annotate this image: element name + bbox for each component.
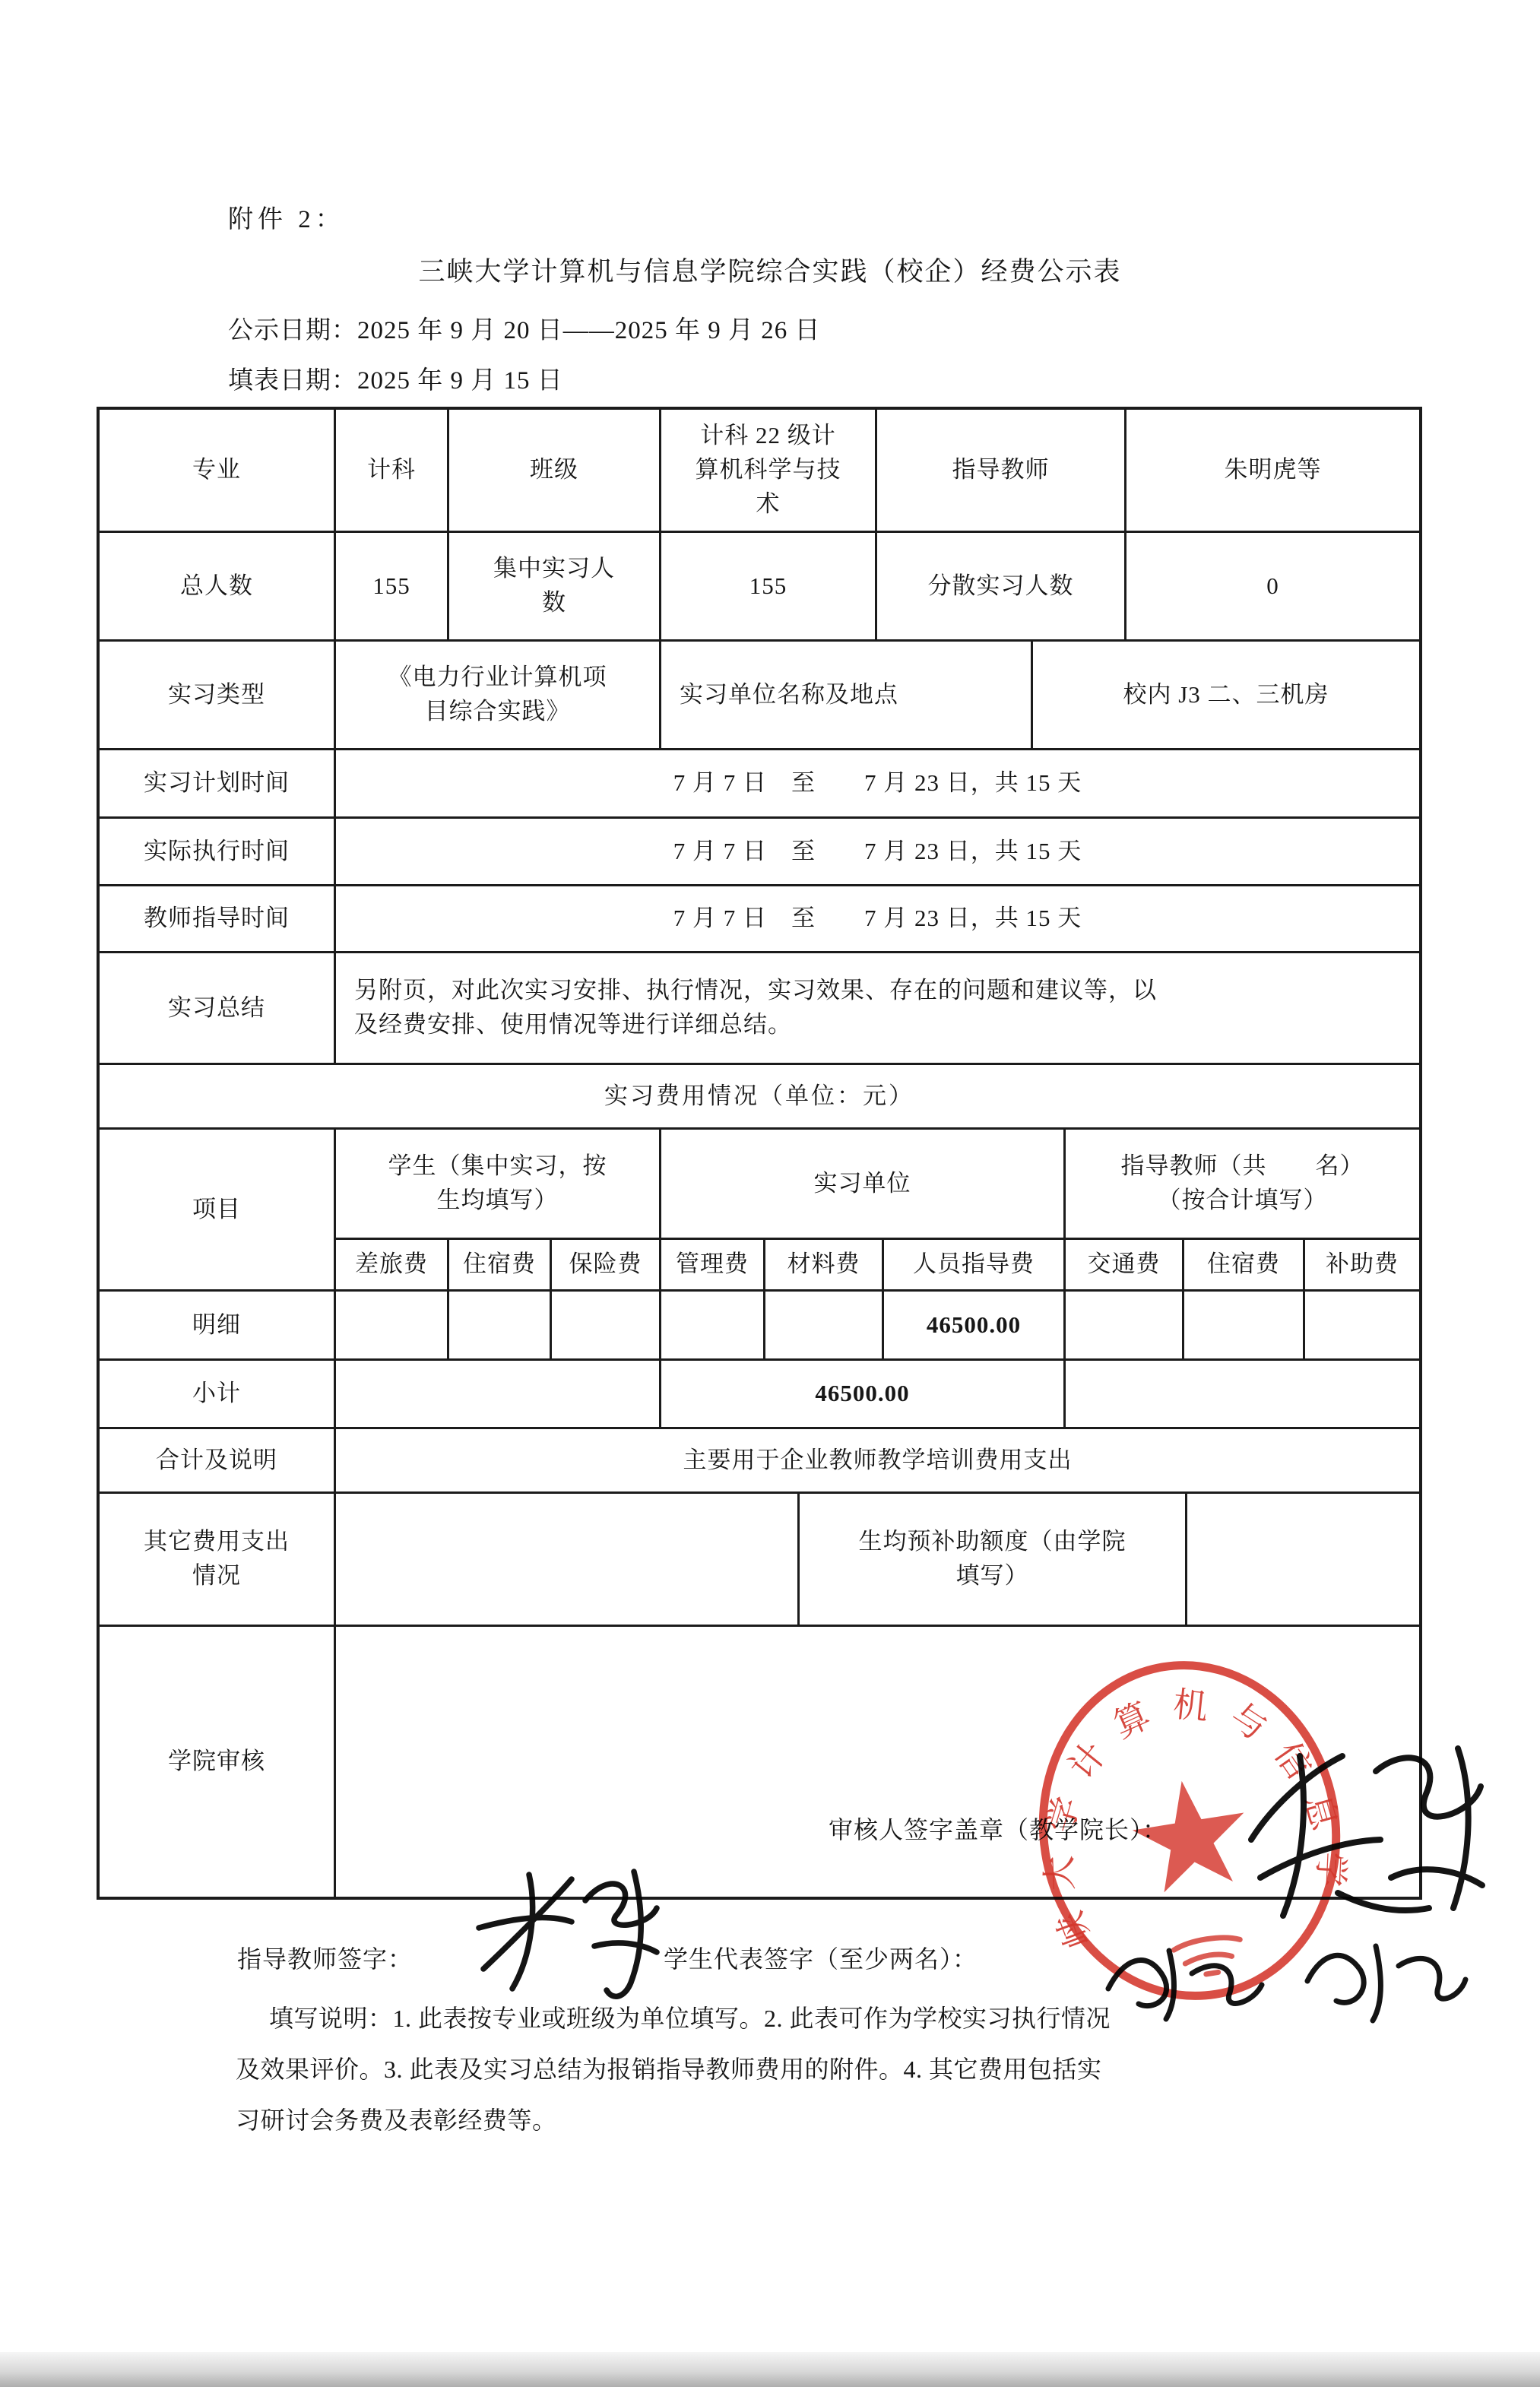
subtotal-advisor: [1066, 1361, 1419, 1427]
summary-label: 实习总结: [100, 953, 336, 1063]
publicity-date-line: 公示日期：2025 年 9 月 20 日——2025 年 9 月 26 日: [228, 310, 821, 346]
other-expense-subsidy-quota: 生均预补助额度（由学院 填写）: [800, 1494, 1187, 1625]
table-row-major: 专业 计科 班级 计科 22 级计 算机科学与技 术 指导教师 朱明虎等: [100, 410, 1419, 533]
page-title: 三峡大学计算机与信息学院综合实践（校企）经费公示表: [0, 251, 1540, 289]
concentrated-count-label: 集中实习人 数: [449, 533, 661, 639]
detail-insurance: [552, 1292, 661, 1358]
table-row-headcount: 总人数 155 集中实习人 数 155 分散实习人数 0: [100, 533, 1419, 642]
fee-col-insurance: 保险费: [552, 1240, 661, 1289]
fee-col-management: 管理费: [661, 1240, 765, 1289]
subtotal-unit: 46500.00: [661, 1361, 1066, 1427]
table-row-type: 实习类型 《电力行业计算机项 目综合实践》 实习单位名称及地点 校内 J3 二、…: [100, 642, 1419, 750]
actual-time-value: 7 月 7 日 至 7 月 23 日，共 15 天: [336, 819, 1419, 884]
fill-instructions-line2: 及效果评价。3. 此表及实习总结为报销指导教师费用的附件。4. 其它费用包括实: [236, 2044, 1239, 2095]
fee-col-material: 材料费: [765, 1240, 884, 1289]
summary-value: 另附页，对此次实习安排、执行情况，实习效果、存在的问题和建议等，以 及经费安排、…: [336, 953, 1419, 1063]
major-value: 计科: [336, 410, 449, 531]
plan-time-value: 7 月 7 日 至 7 月 23 日，共 15 天: [336, 750, 1419, 816]
fee-group-student: 学生（集中实习，按 生均填写）: [336, 1130, 661, 1238]
guide-time-label: 教师指导时间: [100, 886, 336, 951]
class-value: 计科 22 级计 算机科学与技 术: [661, 410, 877, 531]
fee-item-label: 项目: [100, 1130, 336, 1289]
fee-col-personnel-guidance: 人员指导费: [884, 1240, 1066, 1289]
dispersed-count-label: 分散实习人数: [877, 533, 1126, 639]
fill-instructions-line3: 习研讨会务费及表彰经费等。: [236, 2095, 1239, 2146]
detail-transport: [1066, 1292, 1184, 1358]
major-label: 专业: [100, 410, 336, 531]
attachment-label: 附件 2：: [228, 199, 345, 235]
actual-time-label: 实际执行时间: [100, 819, 336, 884]
fee-col-lodging-advisor: 住宿费: [1184, 1240, 1305, 1289]
total-count-value: 155: [336, 533, 449, 639]
detail-personnel-guidance: 46500.00: [884, 1292, 1066, 1358]
fill-instructions-line1: 填写说明：1. 此表按专业或班级为单位填写。2. 此表可作为学校实习执行情况: [236, 1993, 1239, 2044]
guide-time-value: 7 月 7 日 至 7 月 23 日，共 15 天: [336, 886, 1419, 951]
table-row-actual-time: 实际执行时间 7 月 7 日 至 7 月 23 日，共 15 天: [100, 819, 1419, 886]
table-row-fee-title: 实习费用情况（单位：元）: [100, 1065, 1419, 1130]
fee-col-subsidy: 补助费: [1305, 1240, 1419, 1289]
teacher-sign-label: 指导教师签字：: [237, 1945, 413, 1973]
dispersed-count-value: 0: [1126, 533, 1419, 639]
detail-lodging-student: [449, 1292, 552, 1358]
fill-instructions: 填写说明：1. 此表按专业或班级为单位填写。2. 此表可作为学校实习执行情况 及…: [236, 1993, 1239, 2147]
college-review-label: 学院审核: [100, 1627, 336, 1897]
other-expense-left: [336, 1494, 800, 1625]
table-row-other-expense: 其它费用支出 情况 生均预补助额度（由学院 填写）: [100, 1494, 1419, 1627]
type-label: 实习类型: [100, 642, 336, 748]
subtotal-student: [336, 1361, 661, 1427]
detail-travel: [336, 1292, 449, 1358]
scan-edge-band: [0, 2352, 1540, 2387]
detail-lodging-advisor: [1184, 1292, 1305, 1358]
fee-col-transport: 交通费: [1066, 1240, 1184, 1289]
student-sign-label: 学生代表签字（至少两名）：: [664, 1945, 978, 1973]
detail-subsidy: [1305, 1292, 1419, 1358]
dean-signature: [1230, 1724, 1511, 1952]
table-row-summary: 实习总结 另附页，对此次实习安排、执行情况，实习效果、存在的问题和建议等，以 及…: [100, 953, 1419, 1065]
site-value: 校内 J3 二、三机房: [1033, 642, 1419, 748]
detail-label: 明细: [100, 1292, 336, 1358]
site-label: 实习单位名称及地点: [661, 642, 1033, 748]
class-label: 班级: [449, 410, 661, 531]
table-row-total-note: 合计及说明 主要用于企业教师教学培训费用支出: [100, 1429, 1419, 1494]
total-note-value: 主要用于企业教师教学培训费用支出: [336, 1429, 1419, 1491]
fee-group-unit: 实习单位: [661, 1130, 1066, 1238]
other-expense-label: 其它费用支出 情况: [100, 1494, 336, 1625]
subtotal-label: 小计: [100, 1361, 336, 1427]
type-value: 《电力行业计算机项 目综合实践》: [336, 642, 661, 748]
detail-material: [765, 1292, 884, 1358]
fee-group-advisor: 指导教师（共 名） （按合计填写）: [1066, 1130, 1419, 1238]
table-row-subtotal: 小计 46500.00: [100, 1361, 1419, 1429]
table-row-guide-time: 教师指导时间 7 月 7 日 至 7 月 23 日，共 15 天: [100, 886, 1419, 953]
plan-time-label: 实习计划时间: [100, 750, 336, 816]
advisor-label: 指导教师: [877, 410, 1126, 531]
total-note-label: 合计及说明: [100, 1429, 336, 1491]
fee-col-travel: 差旅费: [336, 1240, 449, 1289]
concentrated-count-value: 155: [661, 533, 877, 639]
other-expense-right: [1187, 1494, 1419, 1625]
fee-section-title: 实习费用情况（单位：元）: [100, 1065, 1419, 1127]
fee-col-lodging-student: 住宿费: [449, 1240, 552, 1289]
total-count-label: 总人数: [100, 533, 336, 639]
detail-management: [661, 1292, 765, 1358]
fill-date-line: 填表日期：2025 年 9 月 15 日: [228, 360, 563, 396]
table-row-fee-header: 项目 学生（集中实习，按 生均填写） 实习单位 指导教师（共 名） （按合计填写…: [100, 1130, 1419, 1292]
table-row-plan-time: 实习计划时间 7 月 7 日 至 7 月 23 日，共 15 天: [100, 750, 1419, 819]
advisor-value: 朱明虎等: [1126, 410, 1419, 531]
table-row-detail: 明细 46500.00: [100, 1292, 1419, 1361]
teacher-signature: [456, 1853, 684, 2013]
